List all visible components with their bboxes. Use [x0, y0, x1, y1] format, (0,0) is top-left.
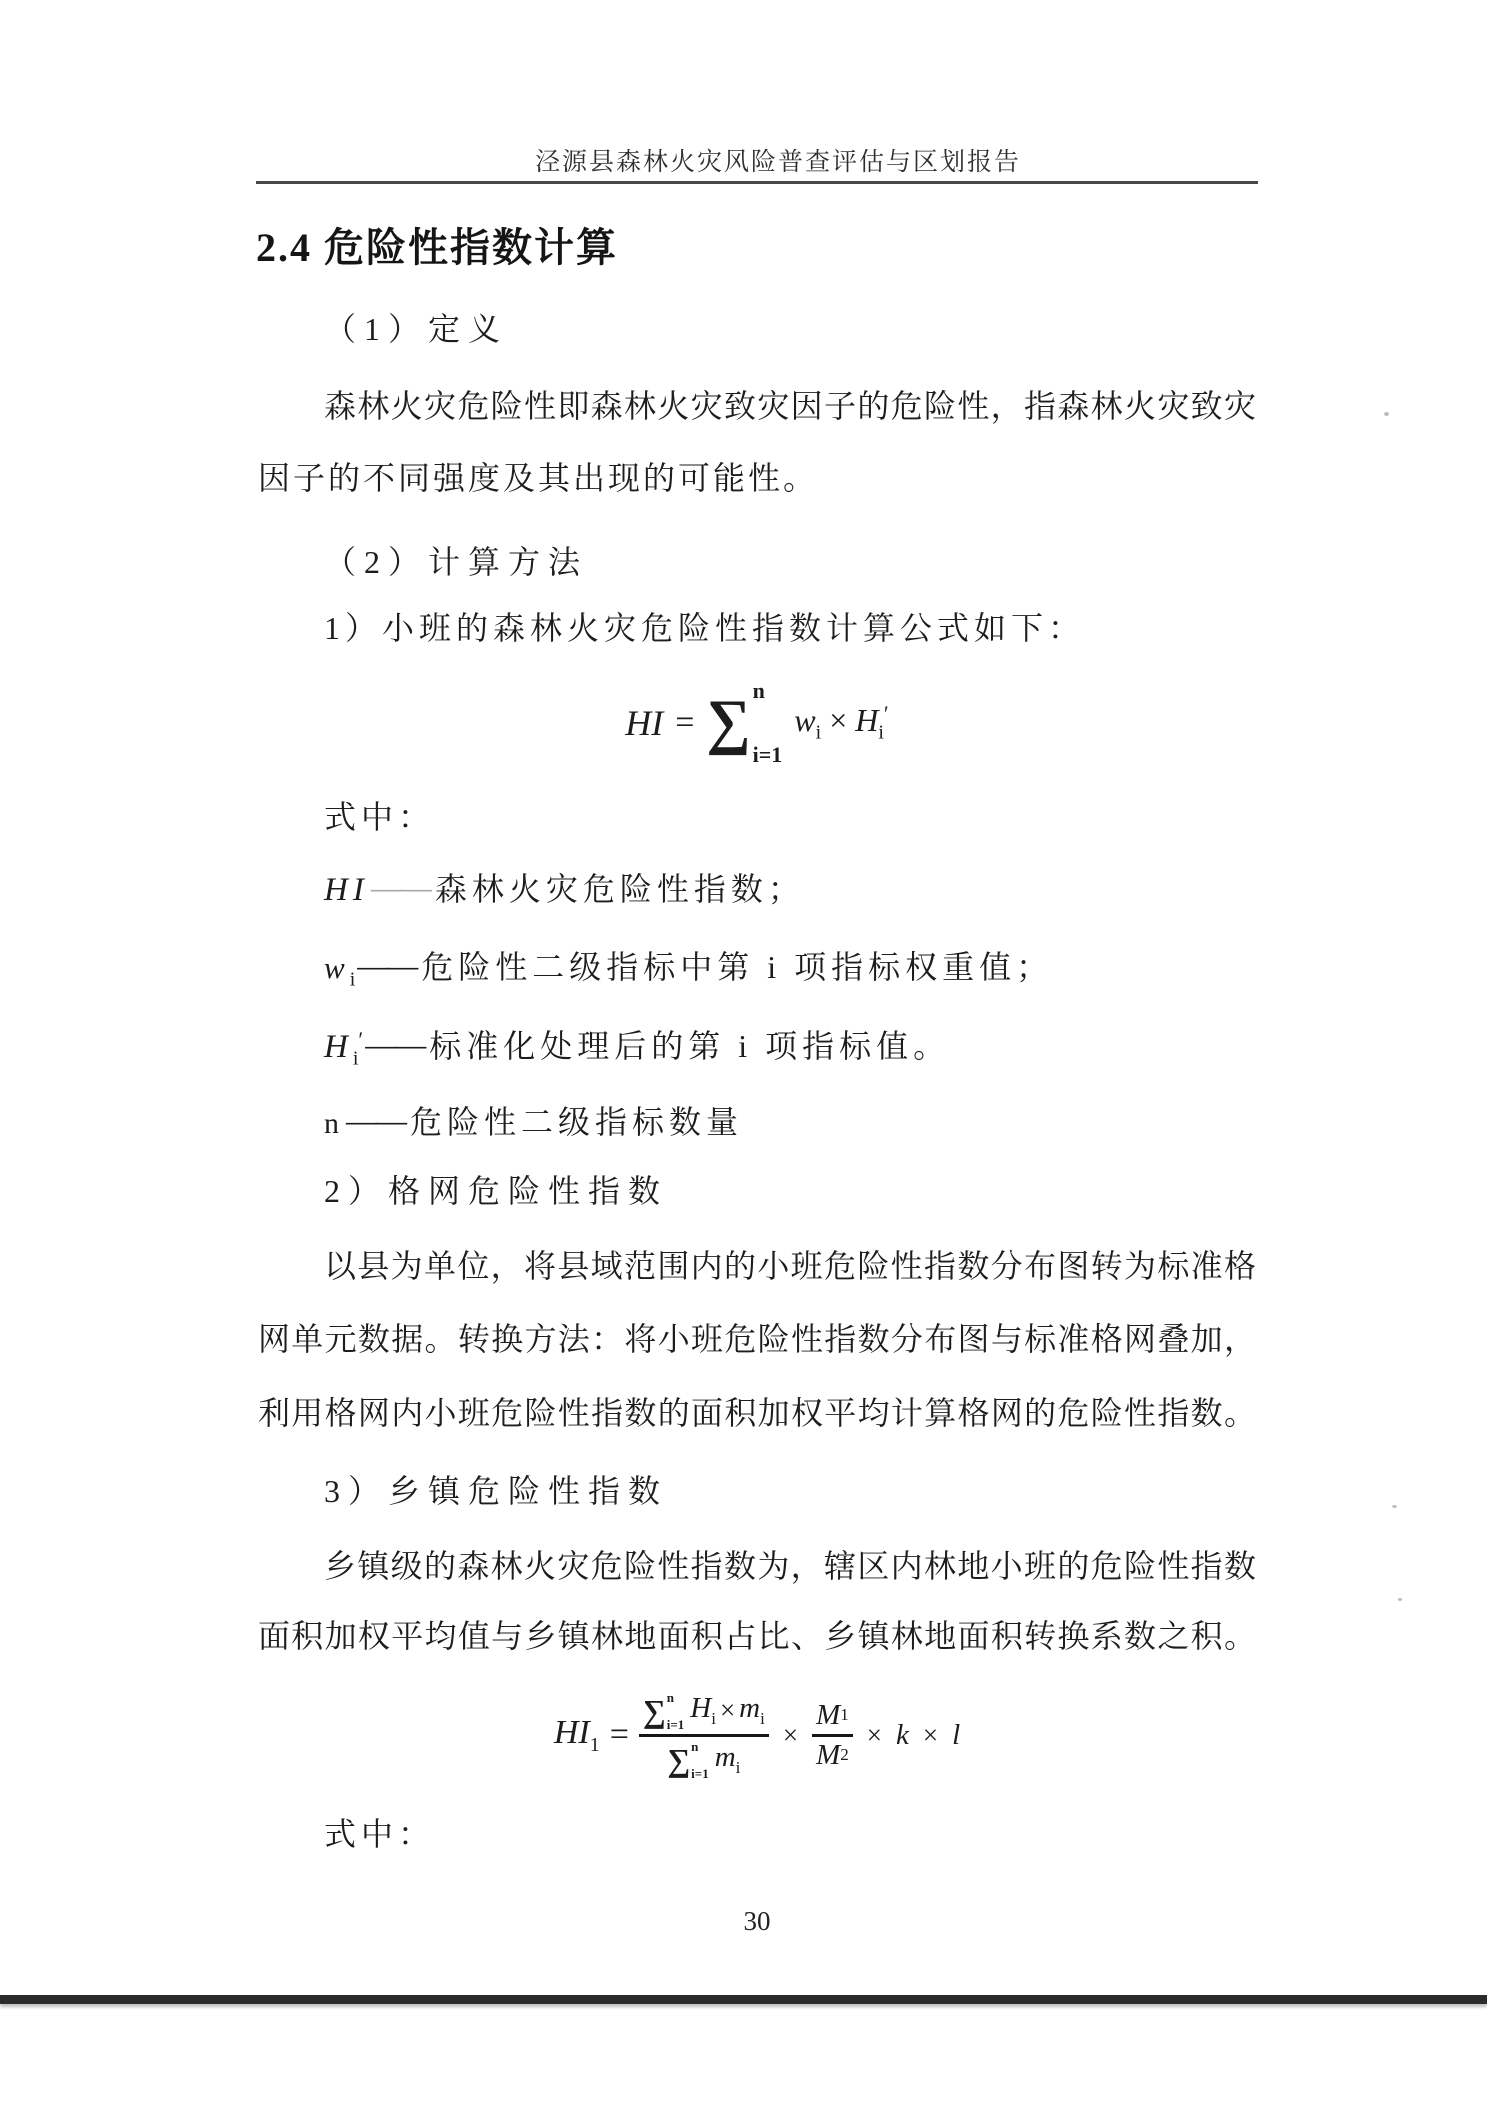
sub-item-grid-index: 2）格网危险性指数	[258, 1171, 1322, 1211]
definition-text: 危险性二级指标数量	[410, 1104, 743, 1140]
scan-edge-bar	[0, 1995, 1487, 2004]
header-rule	[256, 181, 1258, 184]
weight-variable: w	[794, 702, 815, 738]
scan-speck	[1398, 1598, 1402, 1601]
formula-township-hazard-index: HI1 = ∑ n i=1 Hi × mi ∑	[258, 1678, 1256, 1792]
formula1-rhs: wi × Hi′	[794, 701, 888, 744]
page-number: 30	[258, 1906, 1256, 1937]
paragraph-definition-line2: 因子的不同强度及其出现的可能性。	[258, 458, 1256, 498]
definition-row-Hi: Hi′——标准化处理后的第 i 项指标值。	[258, 1020, 1322, 1078]
paragraph-township-line1: 乡镇级的森林火灾危险性指数为，辖区内林地小班的危险性指数	[258, 1546, 1256, 1586]
indicator-variable: H	[855, 702, 878, 738]
paragraph-definition-line1: 森林火灾危险性即森林火灾致灾因子的危险性，指森林火灾致灾	[258, 386, 1256, 426]
fraction-denominator: ∑ n i=1 mi	[663, 1740, 744, 1780]
where-label-2: 式中：	[258, 1814, 1322, 1854]
paragraph-grid-line3: 利用格网内小班危险性指数的面积加权平均计算格网的危险性指数。	[258, 1393, 1256, 1433]
prime-mark: ′	[884, 701, 889, 726]
multiply-sign: ×	[919, 1720, 942, 1751]
sigma-symbol: ∑	[706, 695, 750, 751]
fraction-bar	[639, 1734, 769, 1737]
em-dash: ——	[344, 1100, 410, 1140]
definition-text: 森林火灾危险性指数；	[435, 871, 805, 907]
sub-item-subclass-formula-intro: 1）小班的森林火灾危险性指数计算公式如下：	[258, 608, 1322, 648]
inline-summation: ∑ n i=1	[643, 1691, 684, 1731]
fraction-numerator: ∑ n i=1 Hi × mi	[639, 1691, 769, 1731]
H-i-term: Hi	[690, 1693, 716, 1728]
formula-hazard-index: HI = ∑ n i=1 wi × Hi′	[258, 668, 1256, 778]
formula1-lhs: HI	[625, 702, 663, 744]
multiply-sign: ×	[829, 702, 847, 738]
k-coefficient: k	[896, 1719, 909, 1752]
running-header-title: 泾源县森林火灾风险普查评估与区划报告	[278, 142, 1278, 178]
formula2-equals: =	[610, 1716, 629, 1754]
weighted-average-fraction: ∑ n i=1 Hi × mi ∑ n i=1	[639, 1691, 769, 1780]
m-i-term: mi	[715, 1742, 741, 1777]
multiply-sign: ×	[779, 1720, 802, 1751]
fraction-denominator: M2	[812, 1740, 853, 1770]
scan-speck	[1384, 412, 1389, 416]
inline-summation: ∑ n i=1	[667, 1740, 708, 1780]
formula1-summation: ∑ n i=1	[706, 680, 782, 766]
scan-speck	[1392, 1505, 1397, 1508]
document-page: 泾源县森林火灾风险普查评估与区划报告 2.4 危险性指数计算 （1）定义 森林火…	[0, 0, 1487, 2102]
m-i-term: mi	[739, 1693, 765, 1728]
paragraph-township-line2: 面积加权平均值与乡镇林地面积占比、乡镇林地面积转换系数之积。	[258, 1616, 1256, 1656]
definition-text: 标准化处理后的第 i 项指标值。	[429, 1028, 950, 1064]
l-coefficient: l	[952, 1719, 960, 1752]
where-label-1: 式中：	[258, 797, 1322, 837]
sum-lower-limit: i=1	[753, 744, 783, 766]
fraction-bar	[812, 1734, 853, 1737]
symbol-w: w	[324, 950, 350, 985]
sum-upper-limit: n	[753, 680, 783, 702]
symbol-H: H	[324, 1029, 353, 1065]
paragraph-grid-line1: 以县为单位，将县域范围内的小班危险性指数分布图转为标准格	[258, 1246, 1256, 1286]
symbol-n: n	[324, 1107, 344, 1140]
multiply-sign: ×	[716, 1696, 739, 1724]
definition-row-HI: HI——森林火灾危险性指数；	[258, 869, 1322, 910]
em-dash: ——	[355, 945, 421, 985]
section-heading: 2.4 危险性指数计算	[256, 216, 618, 273]
sub-item-township-index: 3）乡镇危险性指数	[258, 1471, 1322, 1511]
em-dash: ——	[363, 1024, 429, 1064]
symbol-HI: HI	[324, 872, 369, 908]
em-dash: ——	[369, 867, 435, 907]
fraction-numerator: M1	[812, 1700, 853, 1730]
definition-row-wi: wi——危险性二级指标中第 i 项指标权重值；	[258, 947, 1322, 999]
paragraph-grid-line2: 网单元数据。转换方法：将小班危险性指数分布图与标准格网叠加，	[258, 1319, 1256, 1359]
formula1-equals: =	[675, 704, 694, 742]
multiply-sign: ×	[863, 1720, 886, 1751]
area-ratio-fraction: M1 M2	[812, 1700, 853, 1770]
formula2-lhs: HI1	[554, 1714, 600, 1757]
list-item-definition: （1）定义	[258, 309, 1322, 349]
definition-row-n: n——危险性二级指标数量	[258, 1102, 1322, 1144]
definition-text: 危险性二级指标中第 i 项指标权重值；	[421, 949, 1053, 985]
list-item-method: （2）计算方法	[258, 542, 1322, 582]
